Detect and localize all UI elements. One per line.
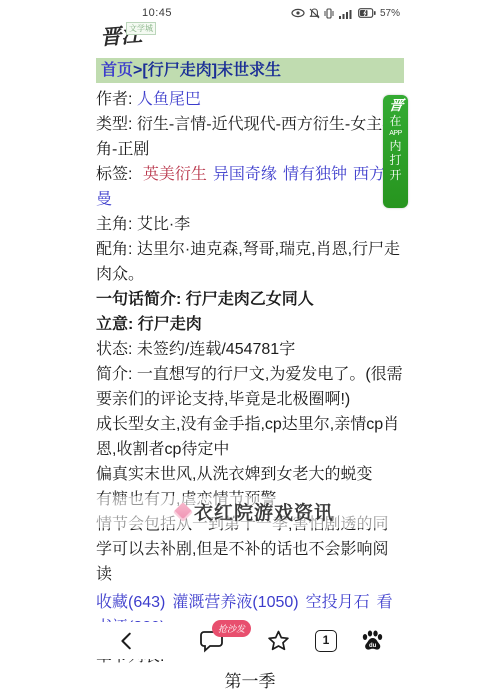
support-row: 配角: 达里尔·迪克森,弩哥,瑞克,肖恩,行尸走肉众。 xyxy=(96,237,404,287)
novel-title: [行尸走肉]末世求生 xyxy=(142,62,281,79)
tag-link[interactable]: 英美衍生 xyxy=(143,166,207,183)
jjwxc-app-icon: 晋 xyxy=(387,98,403,114)
breadcrumb-home-link[interactable]: 首页 xyxy=(101,62,133,79)
oneline-row: 一句话简介: 行尸走肉乙女同人 xyxy=(96,287,404,312)
lead-label: 主角: xyxy=(96,216,132,233)
oneline-label: 一句话简介: xyxy=(96,291,181,308)
favorite-link[interactable]: 收藏(643) xyxy=(96,594,165,611)
tags-label: 标签: xyxy=(96,166,132,183)
novel-info: 作者: 人鱼尾巴 类型: 衍生-言情-近代现代-西方衍生-女主视角-正剧 标签:… xyxy=(88,87,412,659)
intro-line: 有糖也有刀,虐恋情节预警 xyxy=(96,487,404,512)
comments-button[interactable]: 抢沙发 xyxy=(200,629,226,653)
tags-row: 标签: 英美衍生异国奇缘情有独钟西方罗曼 xyxy=(96,162,404,212)
breadcrumb: 首页>[行尸走肉]末世求生 xyxy=(96,58,404,83)
intent-label: 立意: xyxy=(96,316,133,333)
lead-row: 主角: 艾比·李 xyxy=(96,212,404,237)
status-row: 状态: 未签约/连载/454781字 xyxy=(96,337,404,362)
moonstone-link[interactable]: 空投月石 xyxy=(306,594,370,611)
lead-value: 艾比·李 xyxy=(137,216,190,233)
app-btn-text: 内 xyxy=(389,139,401,154)
vibrate-icon xyxy=(324,8,334,19)
site-header: 晋江 文学城 xyxy=(88,20,412,56)
intent-value: 行尸走肉 xyxy=(138,316,202,333)
type-value: 衍生-言情-近代现代-西方衍生-女主视角-正剧 xyxy=(96,116,398,158)
status-label: 状态: xyxy=(96,341,132,358)
svg-text:du: du xyxy=(369,643,377,649)
favorite-star-button[interactable] xyxy=(266,629,291,653)
support-label: 配角: xyxy=(96,241,132,258)
jjwxc-logo-subtext: 文学城 xyxy=(126,22,156,35)
intro-line: 偏真实末世风,从洗衣婢到女老大的蜕变 xyxy=(96,462,404,487)
type-row: 类型: 衍生-言情-近代现代-西方衍生-女主视角-正剧 xyxy=(96,112,404,162)
battery-icon xyxy=(358,8,376,18)
mute-icon xyxy=(309,8,320,19)
intro-line: 成长型女主,没有金手指,cp达里尔,亲情cp肖恩,收割者cp待定中 xyxy=(96,412,404,462)
baidu-app-button[interactable]: du xyxy=(359,629,385,653)
star-icon xyxy=(266,629,291,653)
app-btn-text: 打 xyxy=(389,153,401,168)
intent-row: 立意: 行尸走肉 xyxy=(96,312,404,337)
type-label: 类型: xyxy=(96,116,132,133)
intro-row: 简介: 一直想写的行尸文,为爱发电了。(很需要亲们的评论支持,毕竟是北极圈啊!) xyxy=(96,362,404,412)
first-comment-badge: 抢沙发 xyxy=(212,620,251,637)
baidu-paw-icon: du xyxy=(359,629,385,653)
app-btn-text: APP xyxy=(389,129,402,139)
author-label: 作者: xyxy=(96,91,132,108)
app-btn-text: 开 xyxy=(389,168,401,183)
status-bar: 10:45 57% xyxy=(88,0,412,20)
nutrient-link[interactable]: 灌溉营养液(1050) xyxy=(172,594,298,611)
status-value: 未签约/连载/454781字 xyxy=(137,341,295,358)
intro-label: 简介: xyxy=(96,366,132,383)
phone-screen: 10:45 57% 晋江 文学城 首页>[行尸走肉]末世求生 晋 在 APP 内… xyxy=(88,0,412,659)
author-row: 作者: 人鱼尾巴 xyxy=(96,87,404,112)
back-button[interactable] xyxy=(116,630,138,652)
intro-line: 情节会包括从一到第十一季,害怕剧透的同学可以去补剧,但是不补的话也不会影响阅读 xyxy=(96,512,404,587)
tag-link[interactable]: 异国奇缘 xyxy=(213,166,277,183)
eye-protection-icon xyxy=(291,8,305,18)
support-value: 达里尔·迪克森,弩哥,瑞克,肖恩,行尸走肉众。 xyxy=(96,241,400,283)
battery-percent: 57% xyxy=(380,8,400,19)
oneline-value: 行尸走肉乙女同人 xyxy=(186,291,314,308)
open-in-app-button[interactable]: 晋 在 APP 内 打 开 xyxy=(383,95,408,208)
app-btn-text: 在 xyxy=(389,114,401,129)
intro-value: 一直想写的行尸文,为爱发电了。(很需要亲们的评论支持,毕竟是北极圈啊!) xyxy=(96,366,403,408)
browser-toolbar: 抢沙发 1 du xyxy=(88,622,412,659)
tag-link[interactable]: 情有独钟 xyxy=(283,166,347,183)
back-icon xyxy=(116,630,138,652)
signal-icon xyxy=(338,8,354,19)
author-link[interactable]: 人鱼尾巴 xyxy=(137,91,201,108)
tab-count: 1 xyxy=(315,630,337,652)
tabs-button[interactable]: 1 xyxy=(315,630,337,652)
breadcrumb-separator: > xyxy=(133,62,142,79)
clock: 10:45 xyxy=(142,7,172,19)
